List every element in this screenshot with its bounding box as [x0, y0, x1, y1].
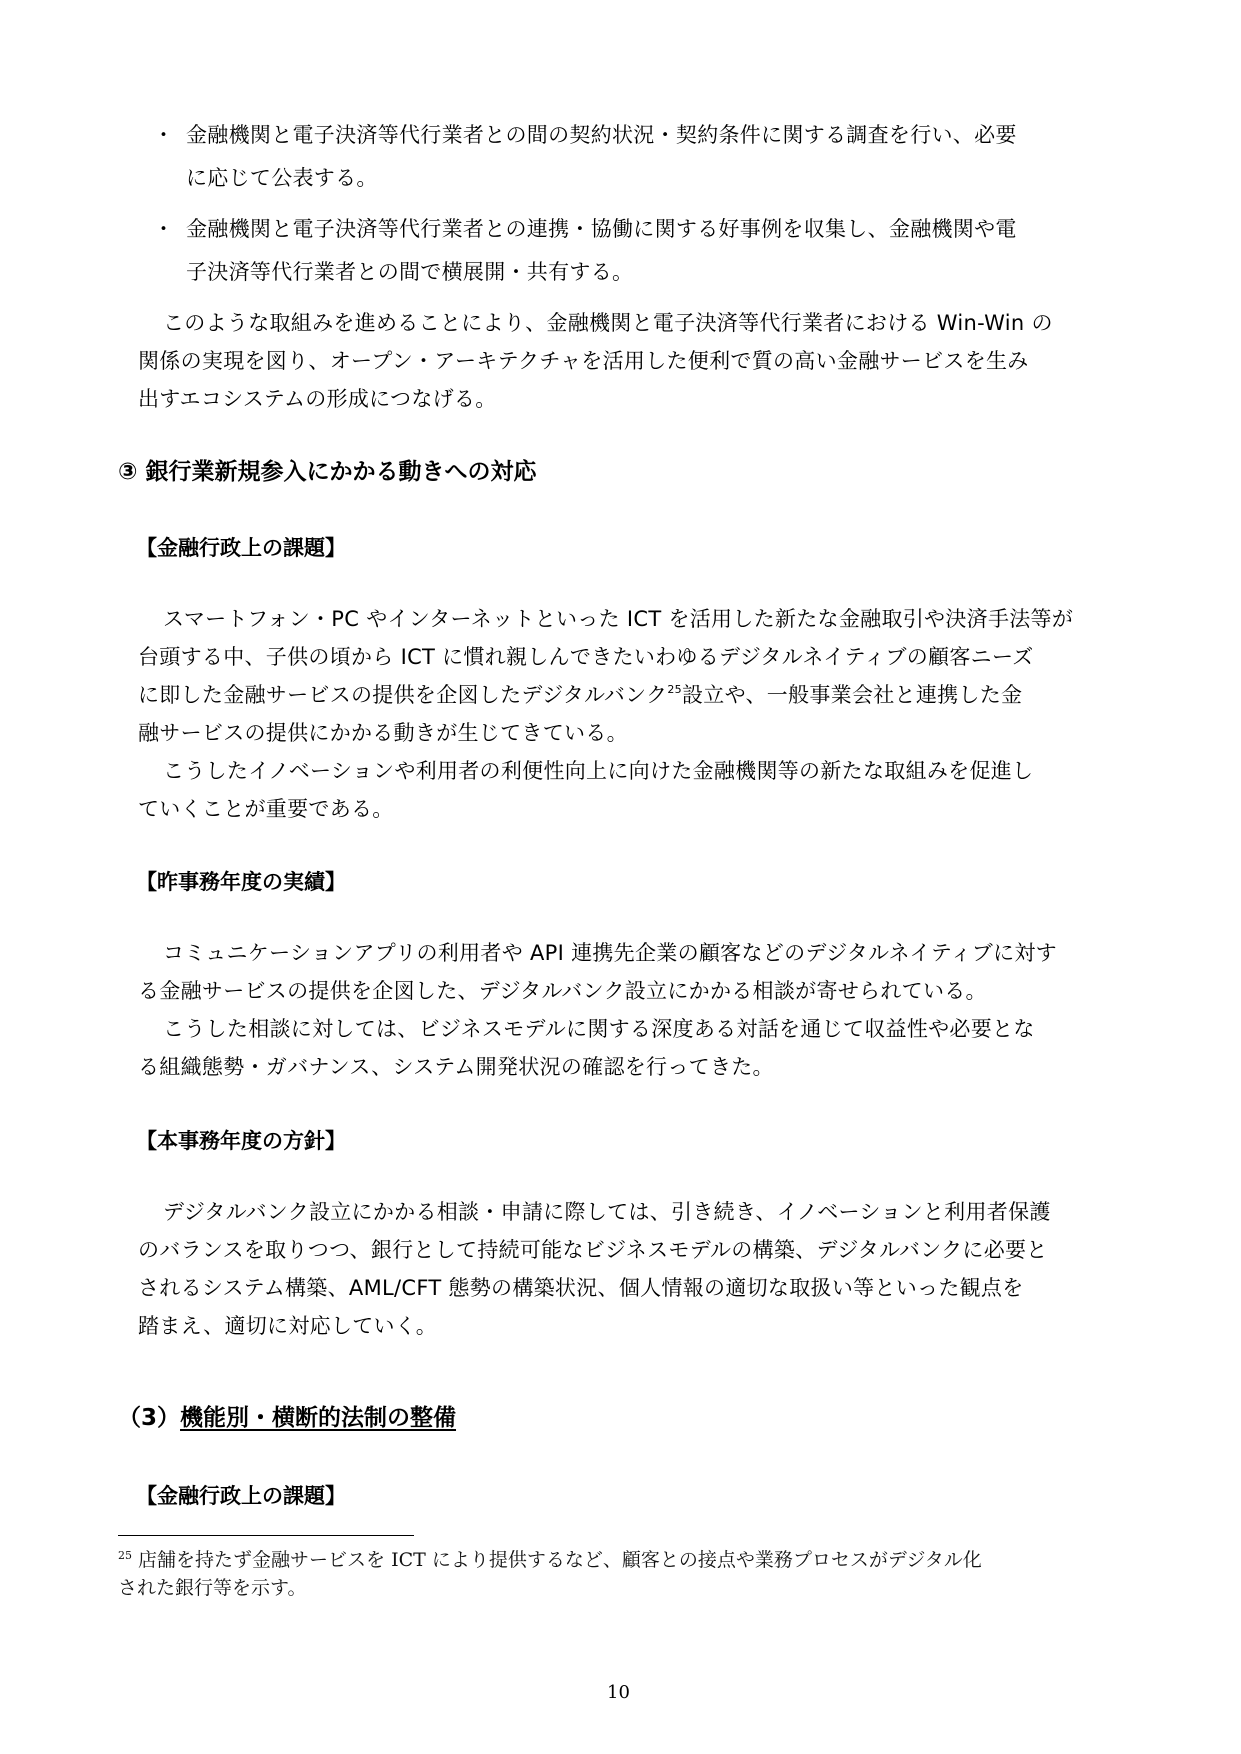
paragraph-line: 踏まえ、適切に対応していく。: [138, 1307, 437, 1345]
paragraph-line: コミュニケーションアプリの利用者や API 連携先企業の顧客などのデジタルネイテ…: [163, 934, 1057, 972]
document-page: ・ 金融機関と電子決済等代行業者との間の契約状況・契約条件に関する調査を行い、必…: [0, 0, 1241, 1754]
paragraph-line: スマートフォン・PC やインターネットといった ICT を活用した新たな金融取引…: [163, 600, 1073, 638]
bullet-line: に応じて公表する。: [186, 159, 378, 197]
subheading-issues: 【金融行政上の課題】: [136, 529, 346, 567]
line-text: に即した金融サービスの提供を企図したデジタルバンク: [138, 683, 667, 707]
subheading-issues-3: 【金融行政上の課題】: [136, 1477, 346, 1515]
bullet-line: 金融機関と電子決済等代行業者との連携・協働に関する好事例を収集し、金融機関や電: [186, 210, 1017, 248]
paragraph-line: ていくことが重要である。: [138, 790, 394, 828]
subheading-policy: 【本事務年度の方針】: [136, 1122, 346, 1160]
section-heading: ③ 銀行業新規参入にかかる動きへの対応: [118, 452, 536, 492]
page-number: 10: [607, 1682, 630, 1703]
bullet-mark: ・: [153, 210, 174, 248]
footnote-text: 店舗を持たず金融サービスを ICT により提供するなど、顧客との接点や業務プロセ…: [138, 1549, 982, 1571]
footnote-reference[interactable]: 25: [667, 683, 682, 696]
paragraph-line: こうした相談に対しては、ビジネスモデルに関する深度ある対話を通じて収益性や必要と…: [163, 1010, 1035, 1048]
footnote-number: 25: [118, 1549, 132, 1562]
paragraph-line: されるシステム構築、AML/CFT 態勢の構築状況、個人情報の適切な取扱い等とい…: [138, 1269, 1024, 1307]
section-number: （3）: [118, 1405, 180, 1431]
bullet-line: 子決済等代行業者との間で横展開・共有する。: [186, 253, 633, 291]
subheading-results: 【昨事務年度の実績】: [136, 863, 346, 901]
paragraph-line: 関係の実現を図り、オープン・アーキテクチャを活用した便利で質の高い金融サービスを…: [138, 342, 1029, 380]
section-title-text: 機能別・横断的法制の整備: [180, 1405, 456, 1431]
section-title: （3）機能別・横断的法制の整備: [118, 1398, 456, 1438]
paragraph-line: に即した金融サービスの提供を企図したデジタルバンク25設立や、一般事業会社と連携…: [138, 676, 1022, 714]
bullet-mark: ・: [153, 116, 174, 154]
paragraph-line: のバランスを取りつつ、銀行として持続可能なビジネスモデルの構築、デジタルバンクに…: [138, 1231, 1048, 1269]
footnote-line: された銀行等を示す。: [118, 1574, 306, 1602]
paragraph-line: る金融サービスの提供を企図した、デジタルバンク設立にかかる相談が寄せられている。: [138, 972, 987, 1010]
bullet-line: 金融機関と電子決済等代行業者との間の契約状況・契約条件に関する調査を行い、必要: [186, 116, 1017, 154]
paragraph-line: 融サービスの提供にかかる動きが生じてきている。: [138, 714, 628, 752]
line-text: 設立や、一般事業会社と連携した金: [682, 683, 1022, 707]
footnote: 25 店舗を持たず金融サービスを ICT により提供するなど、顧客との接点や業務…: [118, 1546, 982, 1574]
paragraph-line: デジタルバンク設立にかかる相談・申請に際しては、引き続き、イノベーションと利用者…: [163, 1193, 1051, 1231]
paragraph-line: 出すエコシステムの形成につなげる。: [138, 380, 497, 418]
paragraph-line: 台頭する中、子供の頃から ICT に慣れ親しんできたいわゆるデジタルネイティブの…: [138, 638, 1034, 676]
paragraph-line: このような取組みを進めることにより、金融機関と電子決済等代行業者における Win…: [163, 304, 1053, 342]
paragraph-line: る組織態勢・ガバナンス、システム開発状況の確認を行ってきた。: [138, 1048, 774, 1086]
footnote-divider: [118, 1535, 414, 1536]
paragraph-line: こうしたイノベーションや利用者の利便性向上に向けた金融機関等の新たな取組みを促進…: [163, 752, 1033, 790]
